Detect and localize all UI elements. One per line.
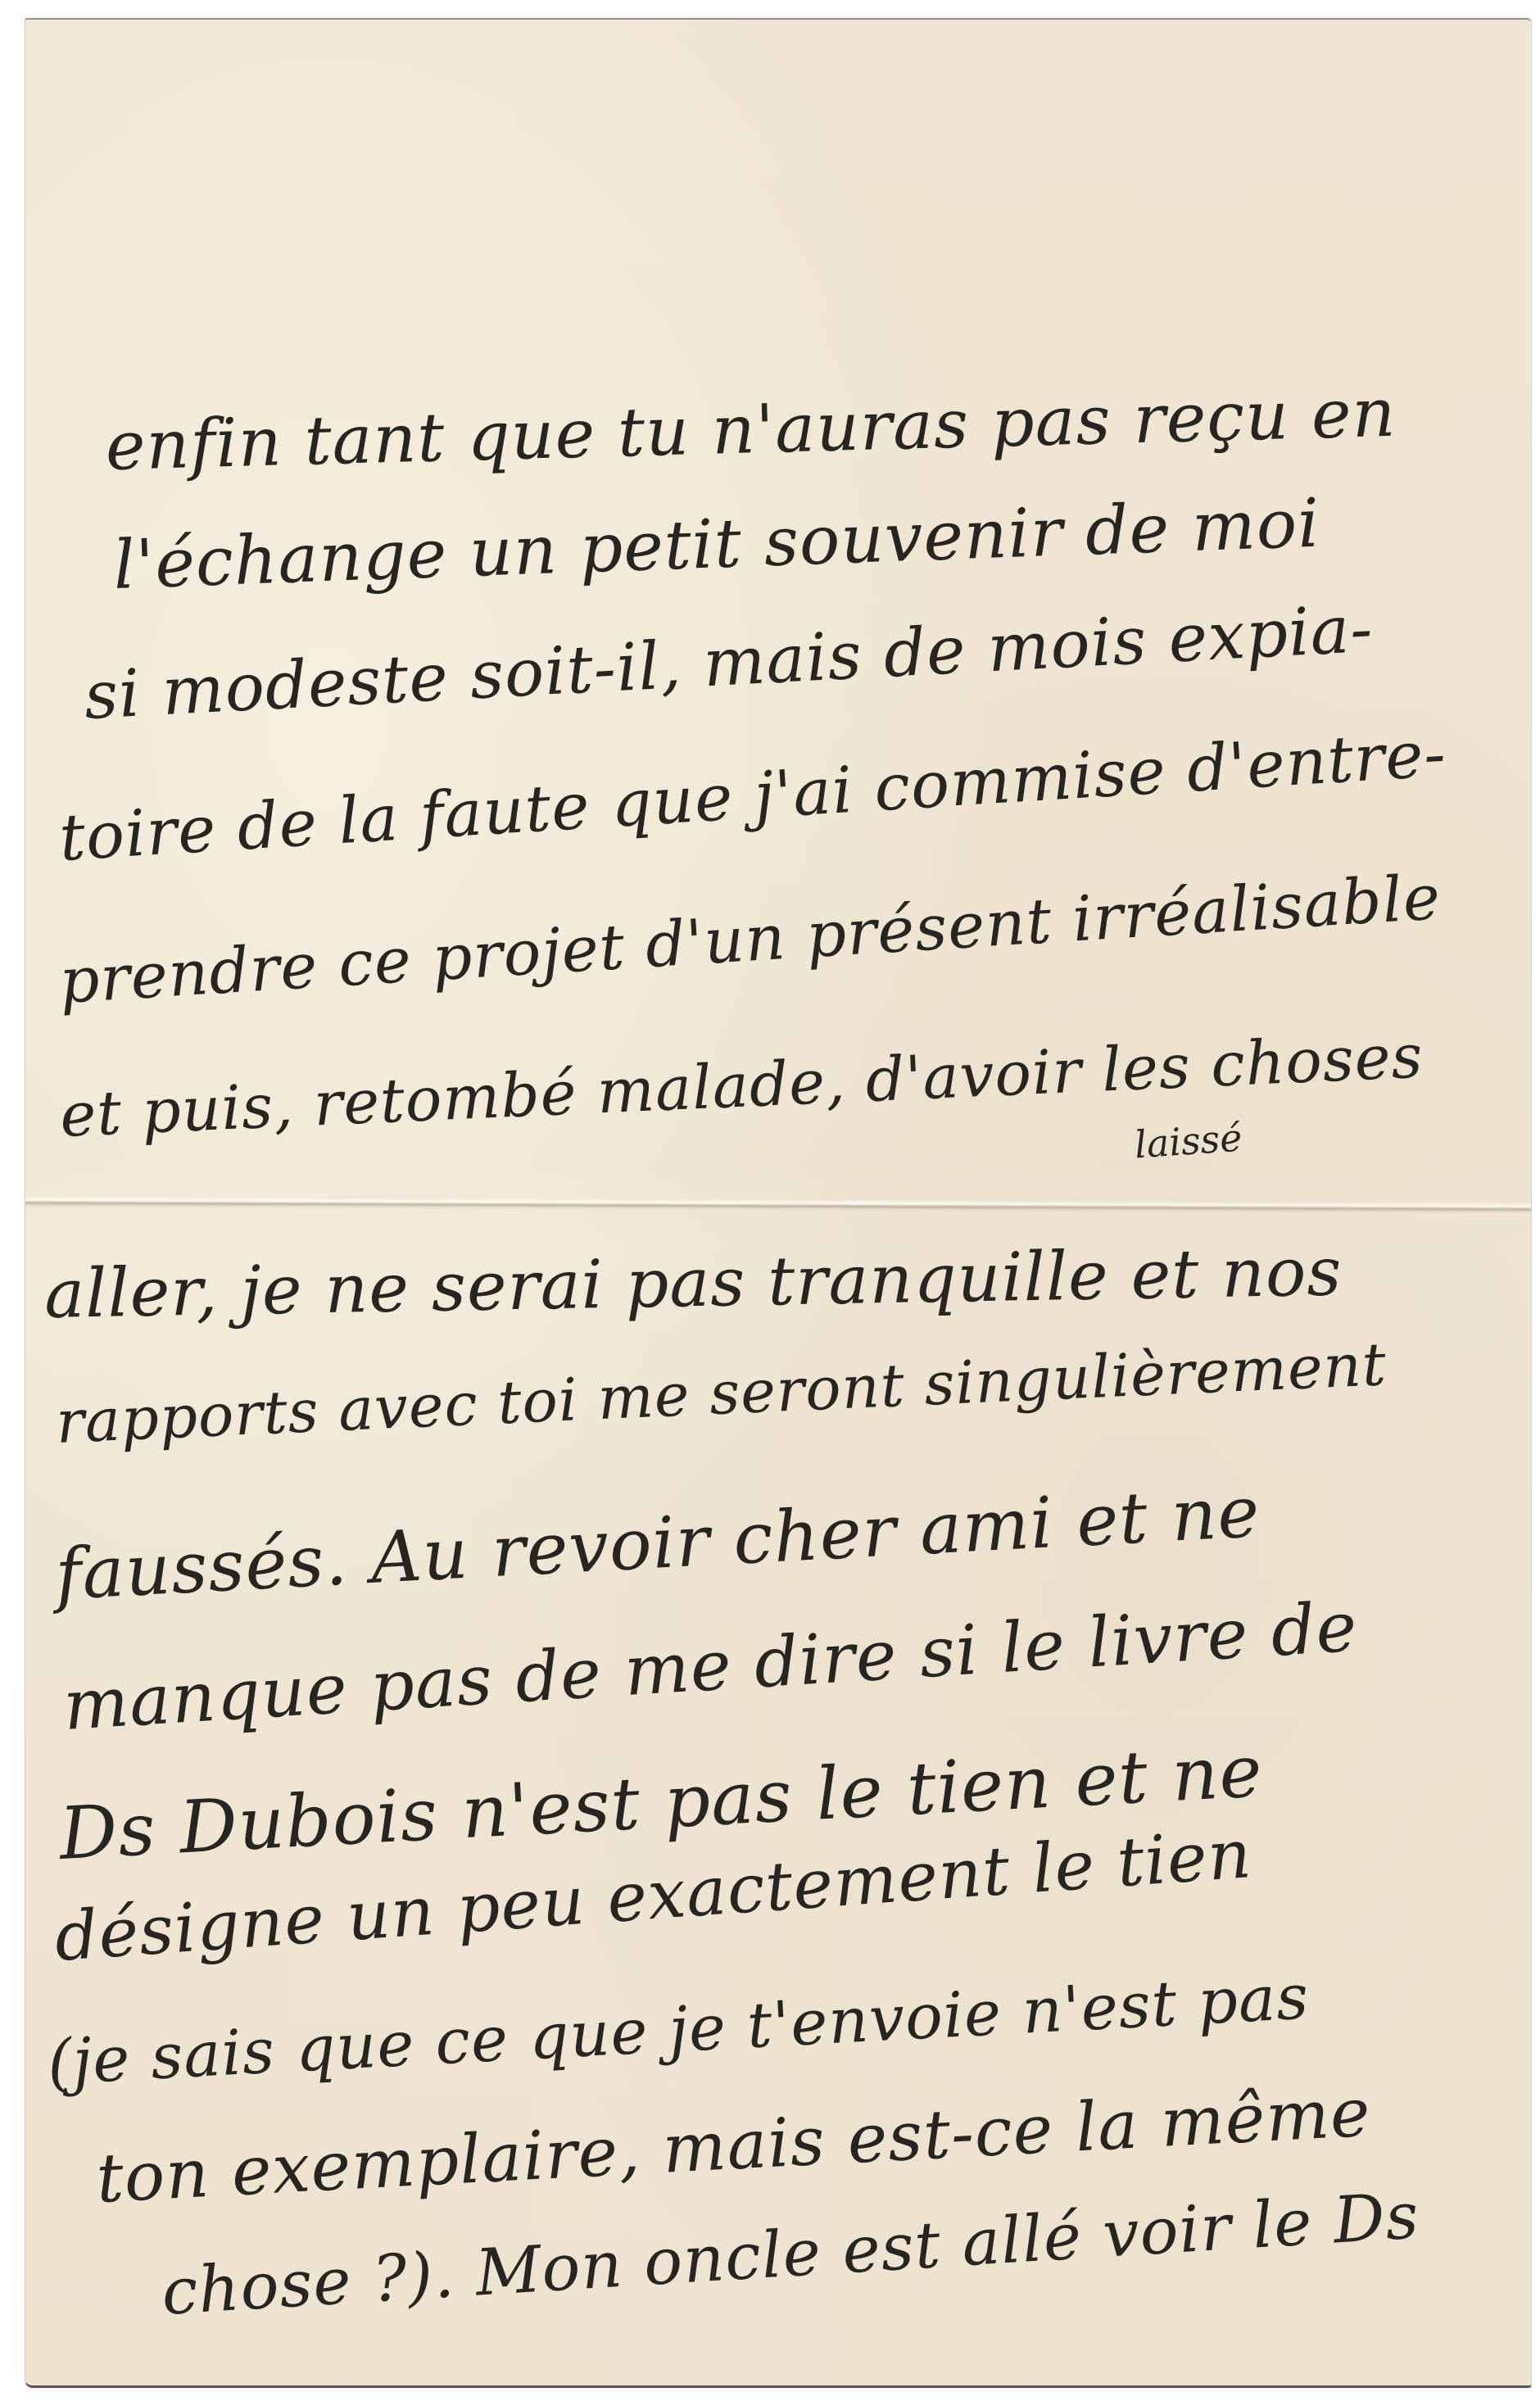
paper-fold-crease: [25, 1196, 1531, 1214]
letter-interlinear-insertion: laissé: [1134, 1118, 1243, 1163]
